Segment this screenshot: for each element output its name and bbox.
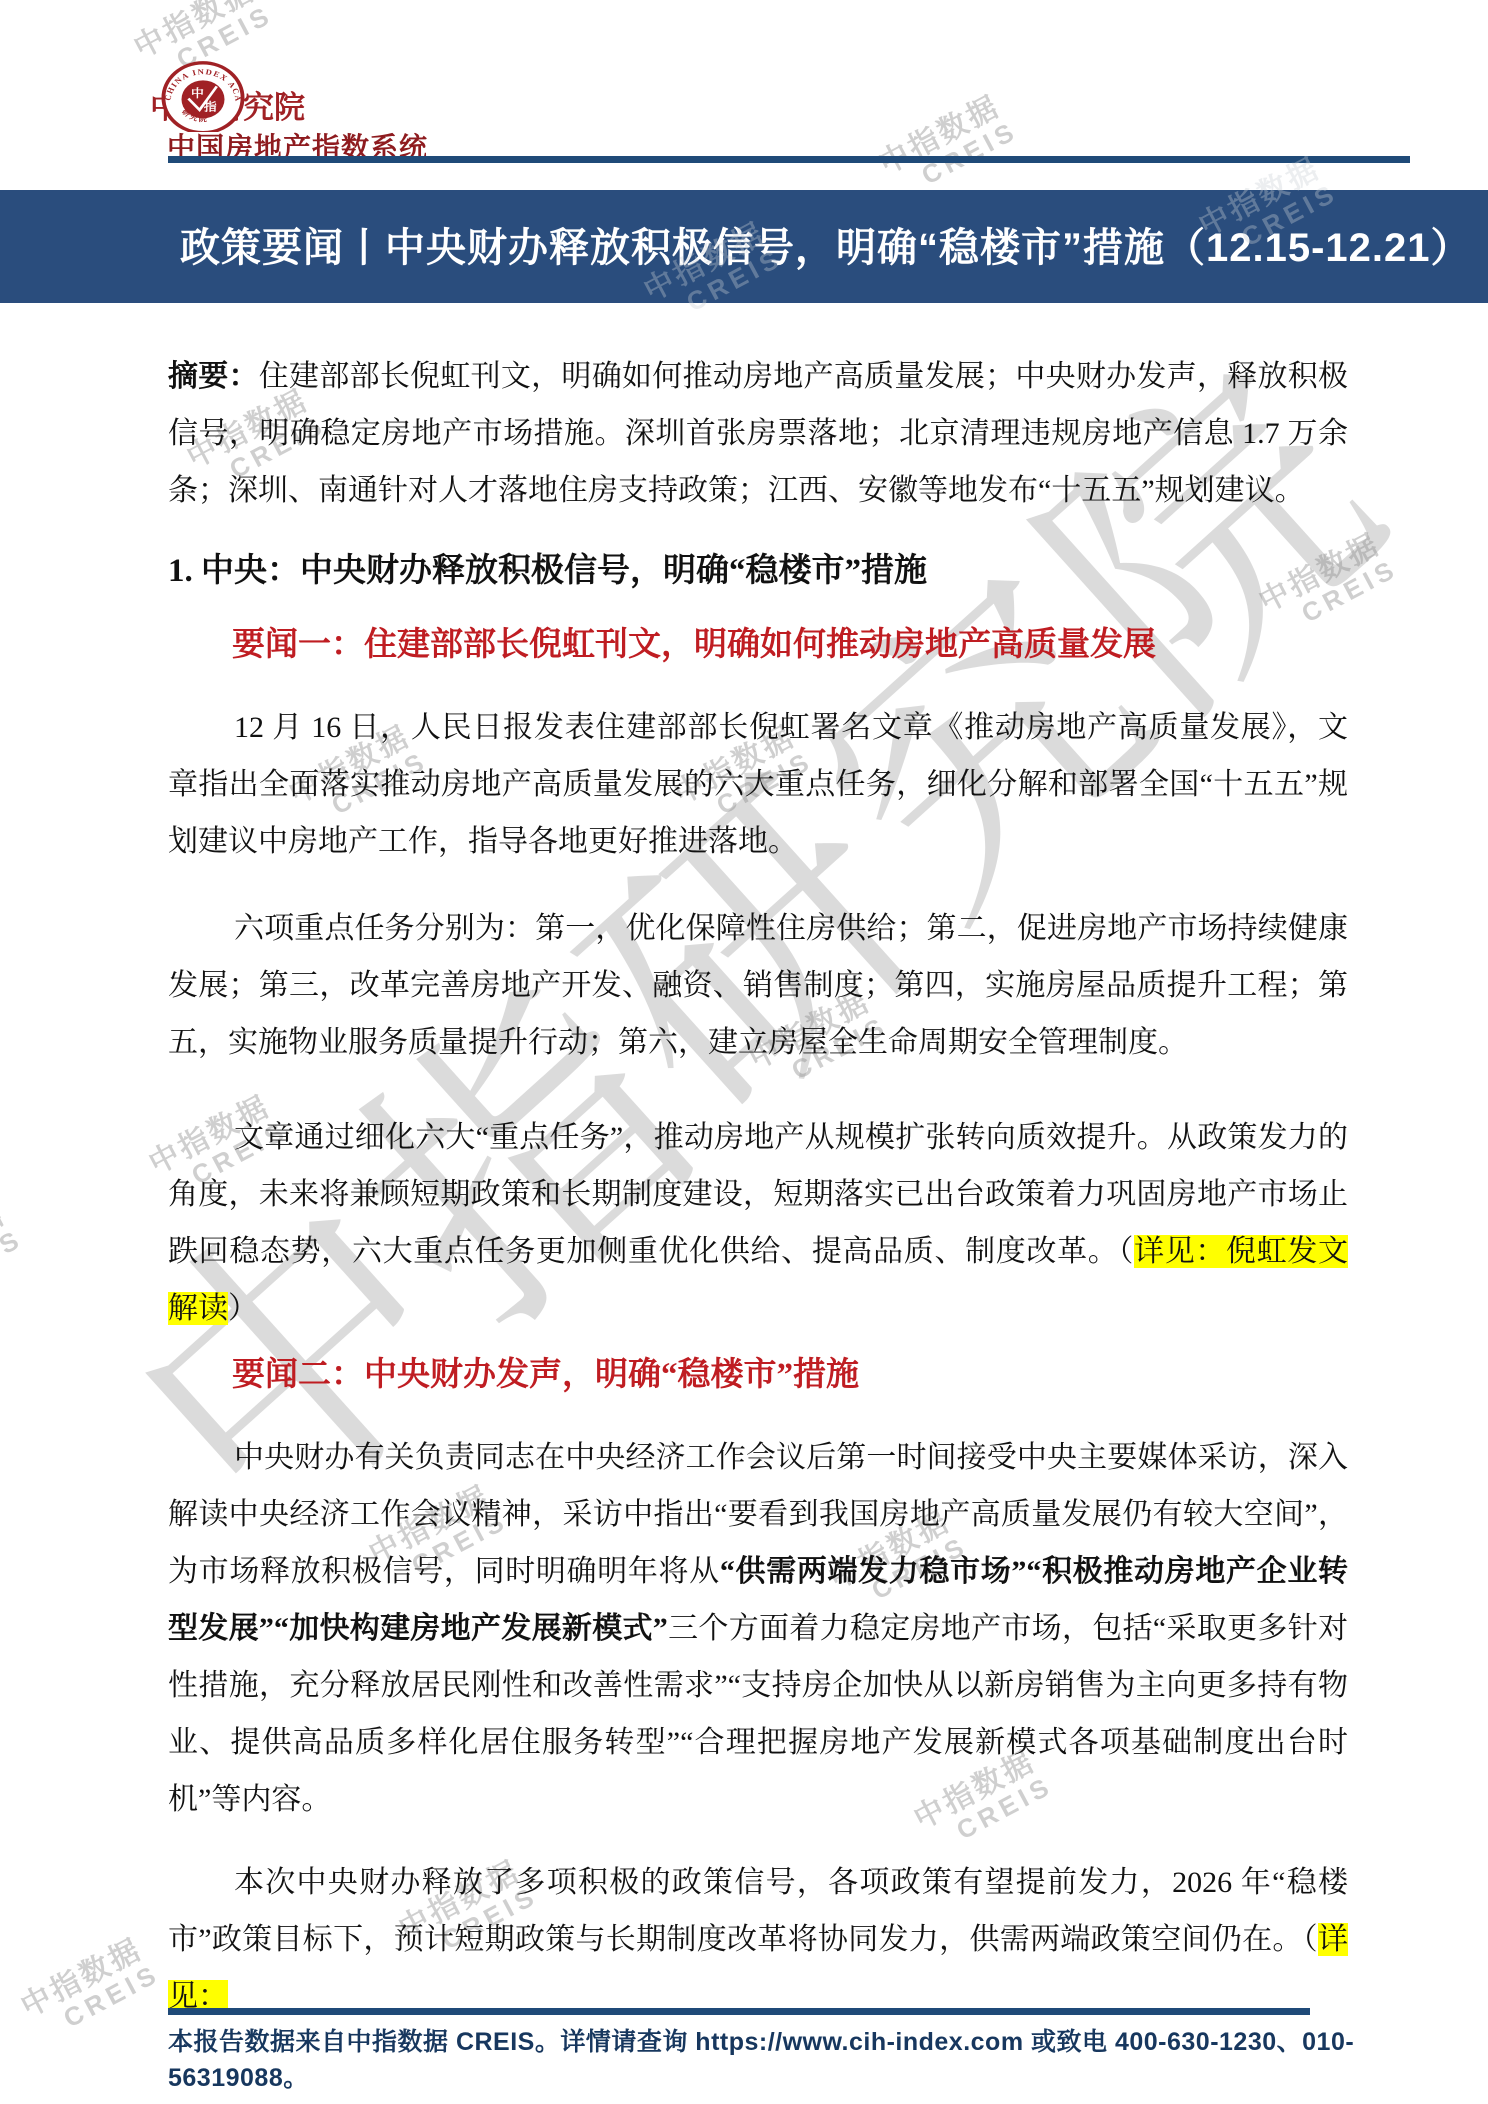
section-1-heading: 1. 中央：中央财办释放积极信号，明确“稳楼市”措施: [168, 549, 1348, 593]
summary-paragraph: 摘要：住建部部长倪虹刊文，明确如何推动房地产高质量发展；中央财办发声，释放积极信…: [168, 348, 1348, 519]
report-body: 摘要：住建部部长倪虹刊文，明确如何推动房地产高质量发展；中央财办发声，释放积极信…: [168, 348, 1348, 2025]
creis-watermark: 中指数据CREIS: [0, 1197, 27, 1311]
text-run: 本次中央财办释放了多项积极的政策信号，各项政策有望提前发力，2026 年“稳楼市…: [168, 1866, 1348, 1956]
watermark-line1: 中指数据: [0, 1197, 14, 1288]
report-page: 中指研究院 中指数据CREIS中指数据CREIS中指数据CREIS中指数据CRE…: [0, 0, 1488, 2104]
news-2-heading: 要闻二：中央财办发声，明确“稳楼市”措施: [168, 1353, 1348, 1397]
news-1-heading: 要闻一：住建部部长倪虹刊文，明确如何推动房地产高质量发展: [168, 623, 1348, 667]
footer-divider: [168, 2008, 1310, 2015]
paragraph-2: 六项重点任务分别为：第一，优化保障性住房供给；第二，促进房地产市场持续健康发展；…: [168, 900, 1348, 1071]
text-run: 住建部部长倪虹刊文，明确如何推动房地产高质量发展；中央财办发声，释放积极信号，明…: [168, 360, 1348, 507]
cia-seal-logo: CHINA INDEX ACADEMY 中 指 研 究 院: [160, 56, 246, 132]
paragraph-4: 中央财办有关负责同志在中央经济工作会议后第一时间接受中央主要媒体采访，深入解读中…: [168, 1429, 1348, 1828]
footer-contact-text: 本报告数据来自中指数据 CREIS。详情请查询 https://www.cih-…: [168, 2022, 1408, 2094]
paragraph-1: 12 月 16 日，人民日报发表住建部部长倪虹署名文章《推动房地产高质量发展》，…: [168, 699, 1348, 870]
watermark-line1: 中指数据: [17, 1932, 152, 2023]
bold-run: 摘要：: [168, 360, 259, 393]
watermark-line2: CREIS: [0, 1224, 27, 1311]
header-divider: [168, 156, 1410, 163]
watermark-line2: CREIS: [31, 1959, 164, 2046]
paragraph-5: 本次中央财办释放了多项积极的政策信号，各项政策有望提前发力，2026 年“稳楼市…: [168, 1854, 1348, 2025]
title-banner: 政策要闻丨中央财办释放积极信号，明确“稳楼市”措施（12.15-12.21） 中…: [0, 190, 1488, 303]
page-header: 中指研究院 CHINA INDEX ACADEMY 中 指 研 究 院 中国房地…: [0, 0, 1488, 190]
creis-watermark: 中指数据CREIS: [17, 1932, 164, 2046]
paragraph-3: 文章通过细化六大“重点任务”，推动房地产从规模扩张转向质效提升。从政策发力的角度…: [168, 1109, 1348, 1337]
seal-center-char-top: 中: [191, 86, 204, 100]
text-run: ）: [228, 1292, 258, 1325]
seal-center-char-bottom: 指: [203, 99, 217, 113]
